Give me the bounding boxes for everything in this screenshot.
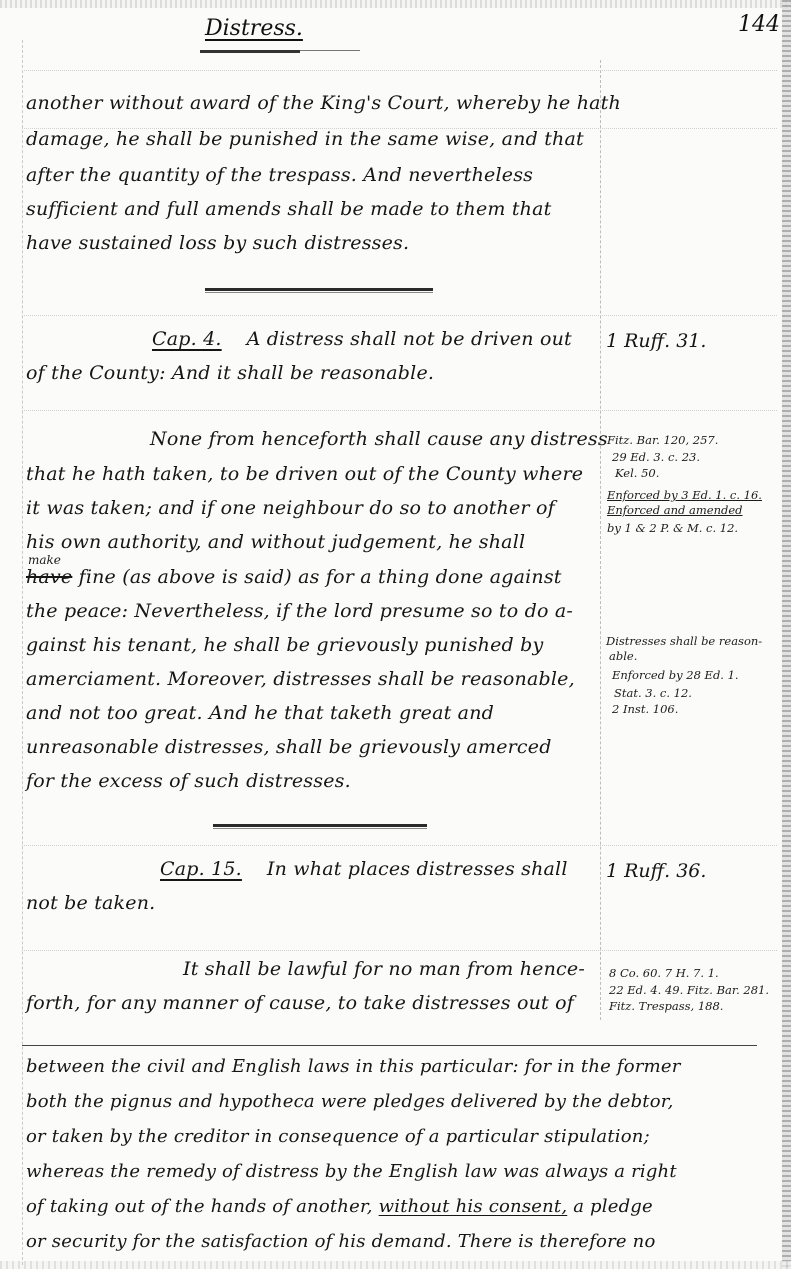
footnote-line: whereas the remedy of distress by the En…	[26, 1161, 677, 1182]
chapter-heading: Cap. 4. A distress shall not be driven o…	[152, 328, 572, 350]
text-line: damage, he shall be punished in the same…	[26, 128, 584, 150]
page-number: 144	[738, 12, 780, 37]
page-title: Distress.	[205, 16, 303, 41]
chapter-title: A distress shall not be driven out	[247, 328, 572, 350]
footnote-line: of taking out of the hands of another, w…	[26, 1196, 653, 1217]
text-line: after the quantity of the trespass. And …	[26, 164, 533, 186]
text-line: for the excess of such distresses.	[26, 770, 351, 792]
chapter-reference: 1 Ruff. 31.	[606, 330, 706, 352]
margin-note: Enforced and amended	[607, 505, 743, 517]
text-line: gainst his tenant, he shall be grievousl…	[26, 634, 543, 656]
footnote-line: both the pignus and hypotheca were pledg…	[26, 1091, 674, 1112]
chapter-reference: 1 Ruff. 36.	[606, 860, 706, 882]
text-line-content: fine (as above is said) as for a thing d…	[79, 566, 562, 588]
margin-note: 2 Inst. 106.	[612, 704, 678, 716]
inserted-correction: make	[28, 553, 61, 567]
margin-note: 22 Ed. 4. 49. Fitz. Bar. 281.	[609, 985, 769, 997]
text-line: sufficient and full amends shall be made…	[26, 198, 551, 220]
footnote-separator	[22, 1045, 757, 1046]
title-underline	[200, 50, 300, 53]
margin-note: 8 Co. 60. 7 H. 7. 1.	[609, 968, 719, 980]
text-line: It shall be lawful for no man from hence…	[183, 958, 585, 980]
ruled-line	[22, 845, 777, 846]
ruled-line	[22, 70, 777, 71]
ruled-line	[22, 950, 777, 951]
chapter-label: Cap. 15.	[160, 858, 242, 880]
chapter-heading: Cap. 15. In what places distresses shall	[160, 858, 568, 880]
footnote-text: a pledge	[573, 1196, 653, 1217]
underlined-phrase: without his consent,	[379, 1196, 568, 1217]
margin-note: by 1 & 2 P. & M. c. 12.	[607, 523, 738, 535]
left-margin-rule	[22, 40, 23, 1265]
margin-note: able.	[609, 651, 637, 663]
text-line: and not too great. And he that taketh gr…	[26, 702, 494, 724]
text-line: unreasonable distresses, shall be grievo…	[26, 736, 552, 758]
ruled-line	[22, 410, 777, 411]
chapter-title: In what places distresses shall	[267, 858, 568, 880]
chapter-label: Cap. 4.	[152, 328, 222, 350]
margin-note: Kel. 50.	[615, 468, 659, 480]
chapter-title-continued: not be taken.	[26, 892, 155, 914]
page-top-edge	[0, 0, 791, 8]
margin-note: Enforced by 28 Ed. 1.	[612, 670, 739, 682]
text-line: have fine (as above is said) as for a th…	[26, 566, 562, 588]
text-line: the peace: Nevertheless, if the lord pre…	[26, 600, 573, 622]
ruled-line	[22, 315, 777, 316]
page-bottom-edge	[0, 1261, 791, 1269]
section-divider	[213, 824, 427, 827]
text-line: have sustained loss by such distresses.	[26, 232, 409, 254]
text-line: that he hath taken, to be driven out of …	[26, 463, 583, 485]
text-line: None from henceforth shall cause any dis…	[150, 428, 608, 450]
margin-note: Fitz. Bar. 120, 257.	[607, 435, 718, 447]
margin-note: Enforced by 3 Ed. 1. c. 16.	[607, 490, 762, 502]
footnote-line: between the civil and English laws in th…	[26, 1056, 681, 1077]
margin-note: Distresses shall be reason-	[606, 636, 762, 648]
page-right-edge	[782, 0, 791, 1269]
text-line: it was taken; and if one neighbour do so…	[26, 497, 555, 519]
chapter-title-continued: of the County: And it shall be reasonabl…	[26, 362, 434, 384]
margin-note: Fitz. Trespass, 188.	[609, 1001, 723, 1013]
title-underline-thin	[300, 50, 360, 51]
margin-note: Stat. 3. c. 12.	[614, 688, 692, 700]
text-line: his own authority, and without judgement…	[26, 531, 525, 553]
footnote-line: or security for the satisfaction of his …	[26, 1231, 656, 1252]
text-line: forth, for any manner of cause, to take …	[26, 992, 574, 1014]
citation-margin-rule	[600, 60, 601, 1020]
struck-word: have	[26, 566, 72, 588]
footnote-line: or taken by the creditor in consequence …	[26, 1126, 650, 1147]
footnote-text: of taking out of the hands of another,	[26, 1196, 373, 1217]
section-divider	[205, 288, 433, 291]
text-line: amerciament. Moreover, distresses shall …	[26, 668, 575, 690]
manuscript-page: Distress. 144 another without award of t…	[0, 0, 791, 1269]
text-line: another without award of the King's Cour…	[26, 92, 621, 114]
margin-note: 29 Ed. 3. c. 23.	[612, 452, 700, 464]
